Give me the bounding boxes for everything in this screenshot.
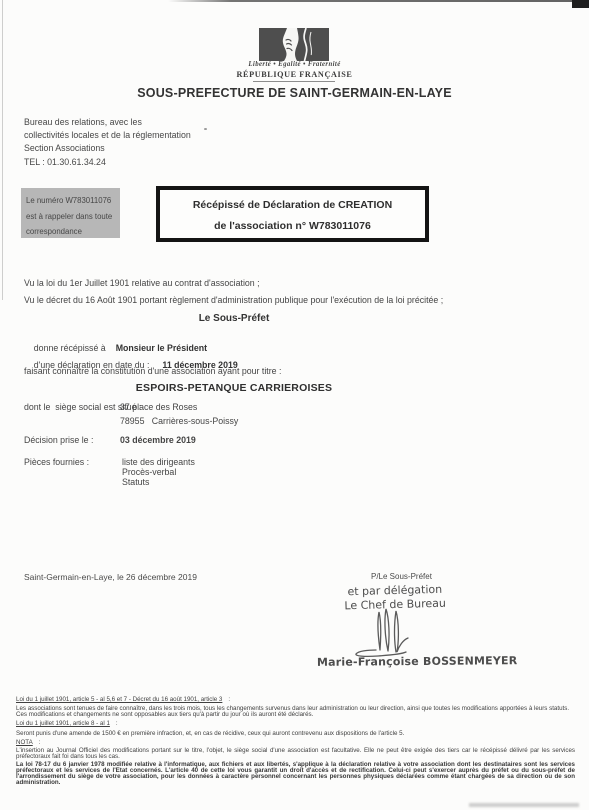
siege-address-line2: 78955 Carrières-sous-Poissy [120, 416, 238, 426]
logo-underline-rule [253, 81, 335, 82]
scan-artifact-corner-blob [572, 0, 589, 8]
association-name: ESPOIRS-PETANQUE CARRIEROISES [24, 382, 444, 394]
pieces-fournies-label: Pièces fournies : [24, 457, 89, 467]
footnote-para2: Seront punis d'une amende de 1500 € en p… [16, 731, 575, 737]
piece-item: Statuts [122, 477, 195, 487]
piece-item: Procès-verbal [122, 467, 195, 477]
siege-address-line1: 37 place des Roses [120, 402, 197, 412]
motto-text: Liberté • Égalité • Fraternité [0, 61, 589, 68]
faisant-connaitre-line: faisant connaître la constitution d'une … [24, 366, 281, 376]
vu-law-line1: Vu la loi du 1er Juillet 1901 relative a… [24, 278, 260, 288]
reference-number-line: correspondance [26, 224, 115, 240]
signatory-name-stamp: Marie-Françoise BOSSENMEYER [317, 654, 517, 669]
footnote-ref1: Loi du 1 juillet 1901, article 5 - al 5,… [16, 697, 575, 703]
receipt-title-box: Récépissé de Déclaration de CREATION de … [156, 186, 429, 242]
office-line: collectivités locales et de la réglement… [24, 129, 191, 142]
footnote-nota-label: NOTA [16, 739, 33, 746]
footnote-nota-colon: : [39, 739, 41, 746]
republique-francaise-label: RÉPUBLIQUE FRANÇAISE [0, 70, 589, 79]
office-line: Section Associations [24, 142, 191, 155]
scanned-document-page: Liberté • Égalité • Fraternité RÉPUBLIQU… [0, 0, 589, 810]
footnote-ref2-colon: : [116, 720, 118, 727]
piece-item: liste des dirigeants [122, 457, 195, 467]
reference-number-box: Le numéro W783011076 est à rappeler dans… [21, 188, 120, 238]
scan-artifact-top-line [168, 0, 589, 2]
receipt-title-line2: de l'association n° W783011076 [160, 220, 425, 232]
scan-artifact-left-edge [2, 0, 3, 300]
footnote-para1b: Ces modifications et changements ne sont… [16, 712, 575, 718]
office-address-block: Bureau des relations, avec les collectiv… [24, 116, 191, 155]
sous-prefet-heading: Le Sous-Préfet [24, 313, 444, 324]
footnote-ref2: Loi du 1 juillet 1901, article 8 - al 1: [16, 721, 575, 727]
reference-number-line: Le numéro W783011076 [26, 193, 115, 209]
footnote-nota: NOTA: [16, 740, 575, 746]
decision-date-value: 03 décembre 2019 [120, 435, 196, 445]
telephone-line: TEL : 01.30.61.34.24 [24, 157, 106, 167]
pieces-fournies-list: liste des dirigeants Procès-verbal Statu… [122, 457, 195, 487]
footnote-ref1-colon: : [228, 696, 230, 703]
decision-date-label: Décision prise le : [24, 435, 93, 445]
footnote-ref1-text: Loi du 1 juillet 1901, article 5 - al 5,… [16, 696, 222, 703]
footnote-ref2-text: Loi du 1 juillet 1901, article 8 - al 1 [16, 720, 110, 727]
scan-artifact-bottom-smudge [469, 803, 579, 807]
scan-artifact-speck [204, 128, 207, 130]
republique-francaise-logo-icon [259, 28, 329, 61]
vu-law-line2: Vu le décret du 16 Août 1901 portant règ… [24, 295, 443, 305]
reference-number-line: est à rappeler dans toute [26, 209, 115, 225]
page-title: SOUS-PREFECTURE DE SAINT-GERMAIN-EN-LAYE [0, 86, 589, 100]
p-le-sous-prefet-label: P/Le Sous-Préfet [371, 572, 432, 581]
place-and-date-line: Saint-Germain-en-Laye, le 26 décembre 20… [24, 572, 197, 582]
receipt-title-line1: Récépissé de Déclaration de CREATION [160, 199, 425, 211]
office-line: Bureau des relations, avec les [24, 116, 191, 129]
footnote-para4: La loi 78-17 du 6 janvier 1978 modifiée … [16, 762, 575, 786]
footnote-para3: L'insertion au Journal Officiel des modi… [16, 748, 575, 760]
